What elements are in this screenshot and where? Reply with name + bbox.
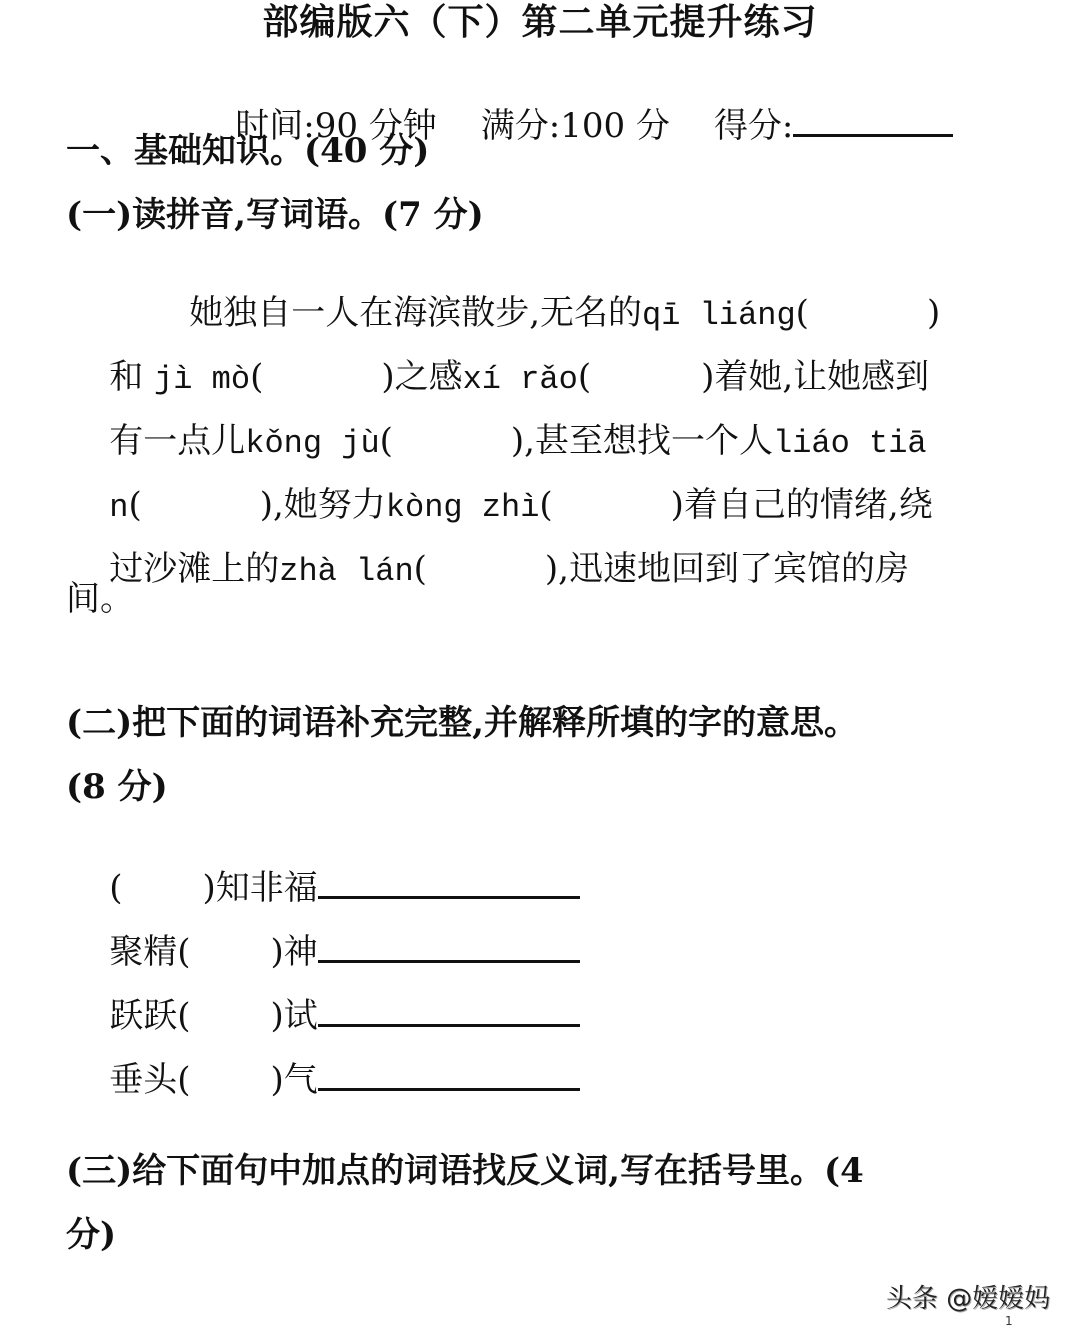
paragraph-line: 间。 bbox=[66, 582, 134, 616]
idiom-prefix: 垂头( bbox=[109, 1060, 190, 1100]
section-heading: 一、基础知识。(40 分) bbox=[66, 134, 429, 168]
page-number: 1 bbox=[1005, 1314, 1013, 1328]
open-paren: ( bbox=[414, 549, 427, 589]
watermark: 头条 @嫒嫒妈 bbox=[886, 1278, 1050, 1315]
idiom-suffix: )气 bbox=[271, 1060, 318, 1100]
idiom-item: 垂头()气 bbox=[66, 1026, 580, 1131]
explanation-line[interactable] bbox=[318, 932, 580, 963]
page-title: 部编版六（下）第二单元提升练习 bbox=[0, 4, 1080, 40]
explanation-line[interactable] bbox=[318, 868, 580, 899]
part2-heading-cont: (8 分) bbox=[66, 770, 168, 804]
part3-heading: (三)给下面句中加点的词语找反义词,写在括号里。(4 bbox=[66, 1154, 864, 1188]
paragraph-line: 过沙滩上的zhà lán(),迅速地回到了宾馆的房 bbox=[66, 518, 909, 622]
part1-heading: (一)读拼音,写词语。(7 分) bbox=[66, 198, 484, 232]
pinyin: zhà lán bbox=[279, 553, 413, 590]
part3-heading-cont: 分) bbox=[66, 1218, 116, 1252]
part2-heading: (二)把下面的词语补充完整,并解释所填的字的意思。 bbox=[66, 706, 858, 740]
explanation-line[interactable] bbox=[318, 996, 580, 1027]
score-label: 得分: bbox=[714, 106, 793, 146]
text: 过沙滩上的 bbox=[109, 549, 279, 589]
text: ),迅速地回到了宾馆的房 bbox=[545, 549, 909, 589]
full-score-label: 满分:100 分 bbox=[481, 106, 670, 146]
score-blank[interactable] bbox=[793, 104, 953, 137]
explanation-line[interactable] bbox=[318, 1060, 580, 1091]
